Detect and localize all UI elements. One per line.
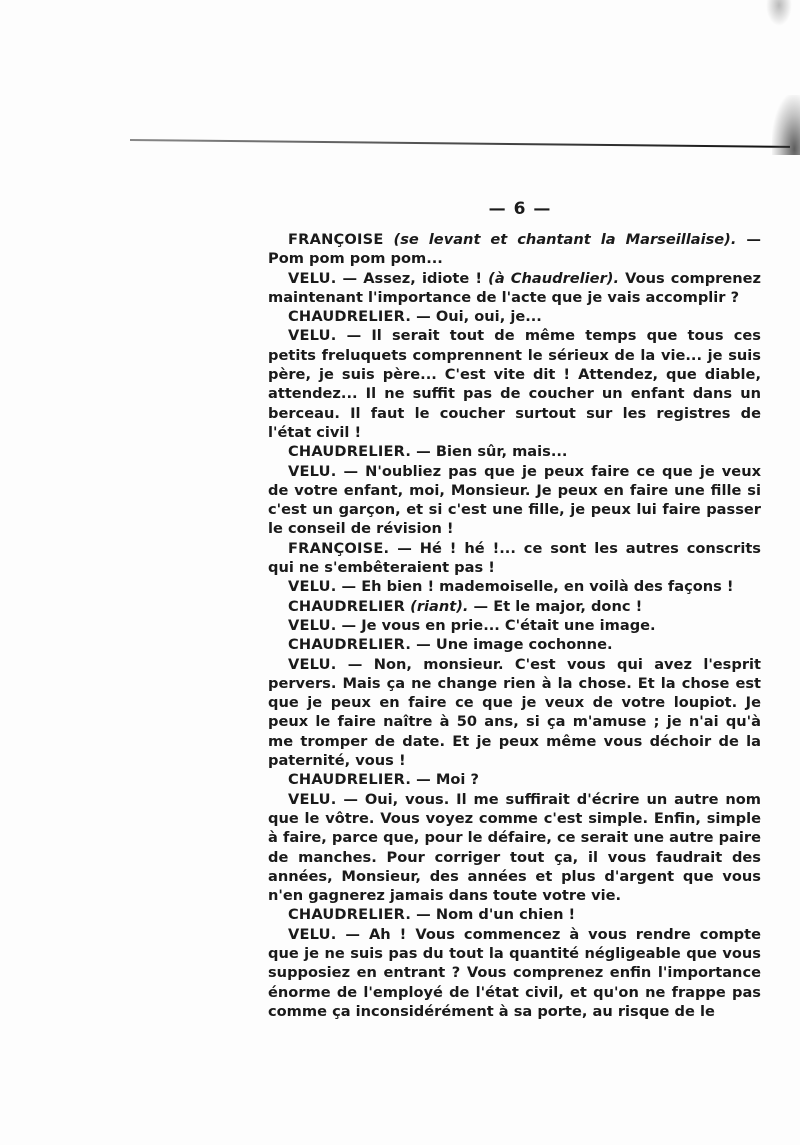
speaker-name: VELU.: [288, 270, 336, 287]
scan-smudge: [766, 0, 792, 26]
spoken-line: — Non, monsieur. C'est vous qui avez l'e…: [268, 656, 761, 769]
speaker-name: CHAUDRELIER.: [288, 906, 411, 923]
speaker-name: CHAUDRELIER.: [288, 636, 411, 653]
speaker-name: FRANÇOISE.: [288, 540, 389, 557]
dialogue-paragraph: CHAUDRELIER. — Oui, oui, je...: [268, 307, 761, 326]
dialogue-paragraph: VELU. — Il serait tout de même temps que…: [268, 326, 761, 442]
dialogue-paragraph: CHAUDRELIER. — Une image cochonne.: [268, 635, 761, 654]
spoken-line: — N'oubliez pas que je peux faire ce que…: [268, 463, 761, 538]
dialogue-paragraph: VELU. — Je vous en prie... C'était une i…: [268, 616, 761, 635]
dialogue-paragraph: VELU. — Non, monsieur. C'est vous qui av…: [268, 655, 761, 771]
speaker-name: VELU.: [288, 327, 336, 344]
stage-direction: (à Chaudrelier).: [488, 270, 619, 287]
dialogue-paragraph: CHAUDRELIER. — Moi ?: [268, 770, 761, 789]
speaker-name: FRANÇOISE: [288, 231, 384, 248]
dialogue-paragraph: CHAUDRELIER. — Nom d'un chien !: [268, 905, 761, 924]
speaker-name: CHAUDRELIER.: [288, 308, 411, 325]
dialogue-paragraph: VELU. — N'oubliez pas que je peux faire …: [268, 462, 761, 539]
speaker-name: VELU.: [288, 578, 336, 595]
speaker-name: VELU.: [288, 656, 336, 673]
spoken-line: — Je vous en prie... C'était une image.: [336, 617, 655, 634]
speaker-name: VELU.: [288, 617, 336, 634]
spoken-line: — Nom d'un chien !: [411, 906, 575, 923]
spoken-line: — Bien sûr, mais...: [411, 443, 567, 460]
dialogue-body: FRANÇOISE (se levant et chantant la Mars…: [268, 230, 761, 1021]
spoken-line: — Oui, vous. Il me suffirait d'écrire un…: [268, 791, 761, 904]
spoken-line: — Et le major, donc !: [468, 598, 642, 615]
page-number: — 6 —: [0, 199, 800, 219]
stage-direction: (se levant et chantant la Marseillaise).: [394, 231, 737, 248]
spoken-line: — Moi ?: [411, 771, 479, 788]
dialogue-paragraph: VELU. — Eh bien ! mademoiselle, en voilà…: [268, 577, 761, 596]
speaker-name: VELU.: [288, 926, 336, 943]
spoken-line: — Ah ! Vous commencez à vous rendre comp…: [268, 926, 761, 1020]
stage-direction: (riant).: [410, 598, 468, 615]
speaker-name: CHAUDRELIER: [288, 598, 405, 615]
speaker-name: VELU.: [288, 791, 336, 808]
spoken-line: — Oui, oui, je...: [411, 308, 542, 325]
spoken-line: — Eh bien ! mademoiselle, en voilà des f…: [336, 578, 733, 595]
scan-smudge: [772, 95, 800, 155]
dialogue-paragraph: FRANÇOISE. — Hé ! hé !... ce sont les au…: [268, 539, 761, 578]
dialogue-paragraph: VELU. — Ah ! Vous commencez à vous rendr…: [268, 925, 761, 1021]
spoken-line: — Une image cochonne.: [411, 636, 612, 653]
speaker-name: CHAUDRELIER.: [288, 443, 411, 460]
dialogue-paragraph: VELU. — Assez, idiote ! (à Chaudrelier).…: [268, 269, 761, 308]
spoken-line: — Assez, idiote !: [336, 270, 488, 287]
header-rule: [130, 139, 790, 148]
speaker-name: VELU.: [288, 463, 336, 480]
dialogue-paragraph: CHAUDRELIER. — Bien sûr, mais...: [268, 442, 761, 461]
dialogue-paragraph: CHAUDRELIER (riant). — Et le major, donc…: [268, 597, 761, 616]
spoken-line: — Il serait tout de même temps que tous …: [268, 327, 761, 440]
dialogue-paragraph: FRANÇOISE (se levant et chantant la Mars…: [268, 230, 761, 269]
dialogue-paragraph: VELU. — Oui, vous. Il me suffirait d'écr…: [268, 790, 761, 906]
speaker-name: CHAUDRELIER.: [288, 771, 411, 788]
